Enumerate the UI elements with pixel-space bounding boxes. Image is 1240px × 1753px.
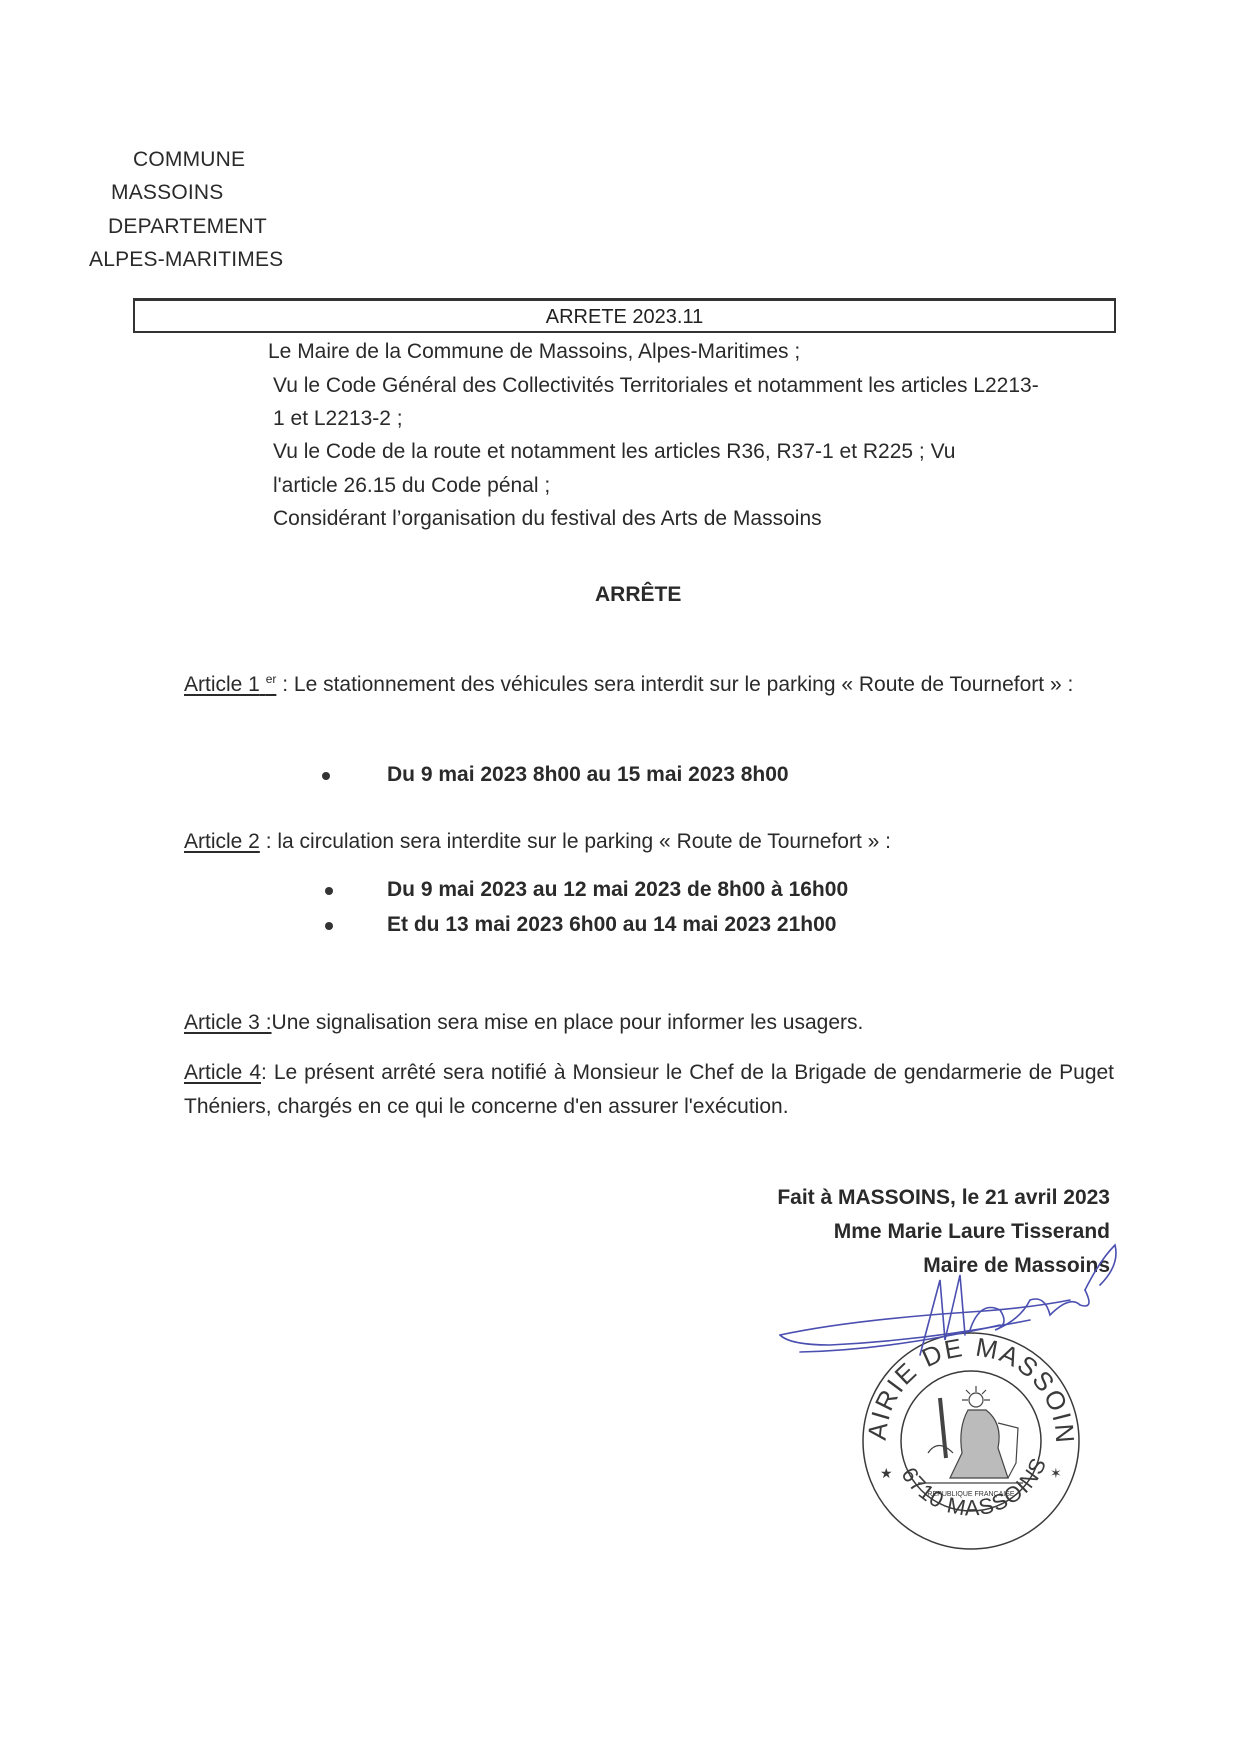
preamble-line: Vu le Code de la route et notamment les … (273, 440, 955, 464)
article-2-bullet: Du 9 mai 2023 au 12 mai 2023 de 8h00 à 1… (387, 878, 848, 902)
decree-heading: ARRÊTE (595, 583, 681, 607)
preamble-line: Le Maire de la Commune de Massoins, Alpe… (268, 340, 800, 364)
preamble-line: Vu le Code Général des Collectivités Ter… (273, 374, 1039, 398)
place-date: Fait à MASSOINS, le 21 avril 2023 (777, 1186, 1110, 1210)
header-departement-name: ALPES-MARITIMES (89, 248, 283, 272)
svg-text:★: ★ (880, 1465, 893, 1481)
svg-text:REPUBLIQUE FRANÇAISE: REPUBLIQUE FRANÇAISE (927, 1491, 1014, 1498)
article-4-text: : Le présent arrêté sera notifié à Monsi… (184, 1061, 1114, 1118)
header-departement: DEPARTEMENT (108, 215, 267, 239)
article-4-label: Article 4 (184, 1061, 261, 1084)
article-1: Article 1 er : Le stationnement des véhi… (184, 662, 1114, 702)
article-2-bullet: Et du 13 mai 2023 6h00 au 14 mai 2023 21… (387, 913, 836, 937)
bullet-icon (322, 772, 330, 780)
article-1-text: : Le stationnement des véhicules sera in… (282, 673, 1073, 696)
article-2-label: Article 2 (184, 830, 260, 853)
header-commune-name: MASSOINS (111, 181, 223, 205)
article-3-text: Une signalisation sera mise en place pou… (272, 1011, 864, 1034)
article-2-text: : la circulation sera interdite sur le p… (266, 830, 891, 853)
article-3-label: Article 3 : (184, 1011, 272, 1034)
preamble-line: Considérant l’organisation du festival d… (273, 507, 822, 531)
svg-text:✶: ✶ (1050, 1465, 1062, 1481)
bullet-icon (325, 887, 333, 895)
article-1-bullet: Du 9 mai 2023 8h00 au 15 mai 2023 8h00 (387, 763, 789, 787)
decree-title: ARRETE 2023.11 (135, 301, 1114, 333)
article-4: Article 4: Le présent arrêté sera notifi… (184, 1056, 1114, 1124)
preamble-line: l'article 26.15 du Code pénal ; (273, 474, 550, 498)
article-3: Article 3 :Une signalisation sera mise e… (184, 1011, 863, 1035)
article-1-label: Article 1 er (184, 673, 276, 696)
preamble-line: 1 et L2213-2 ; (273, 407, 403, 431)
decree-title-box: ARRETE 2023.11 (133, 298, 1116, 333)
article-2: Article 2 : la circulation sera interdit… (184, 830, 891, 854)
handwritten-signature (770, 1240, 1150, 1410)
bullet-icon (325, 922, 333, 930)
header-commune: COMMUNE (133, 148, 245, 172)
